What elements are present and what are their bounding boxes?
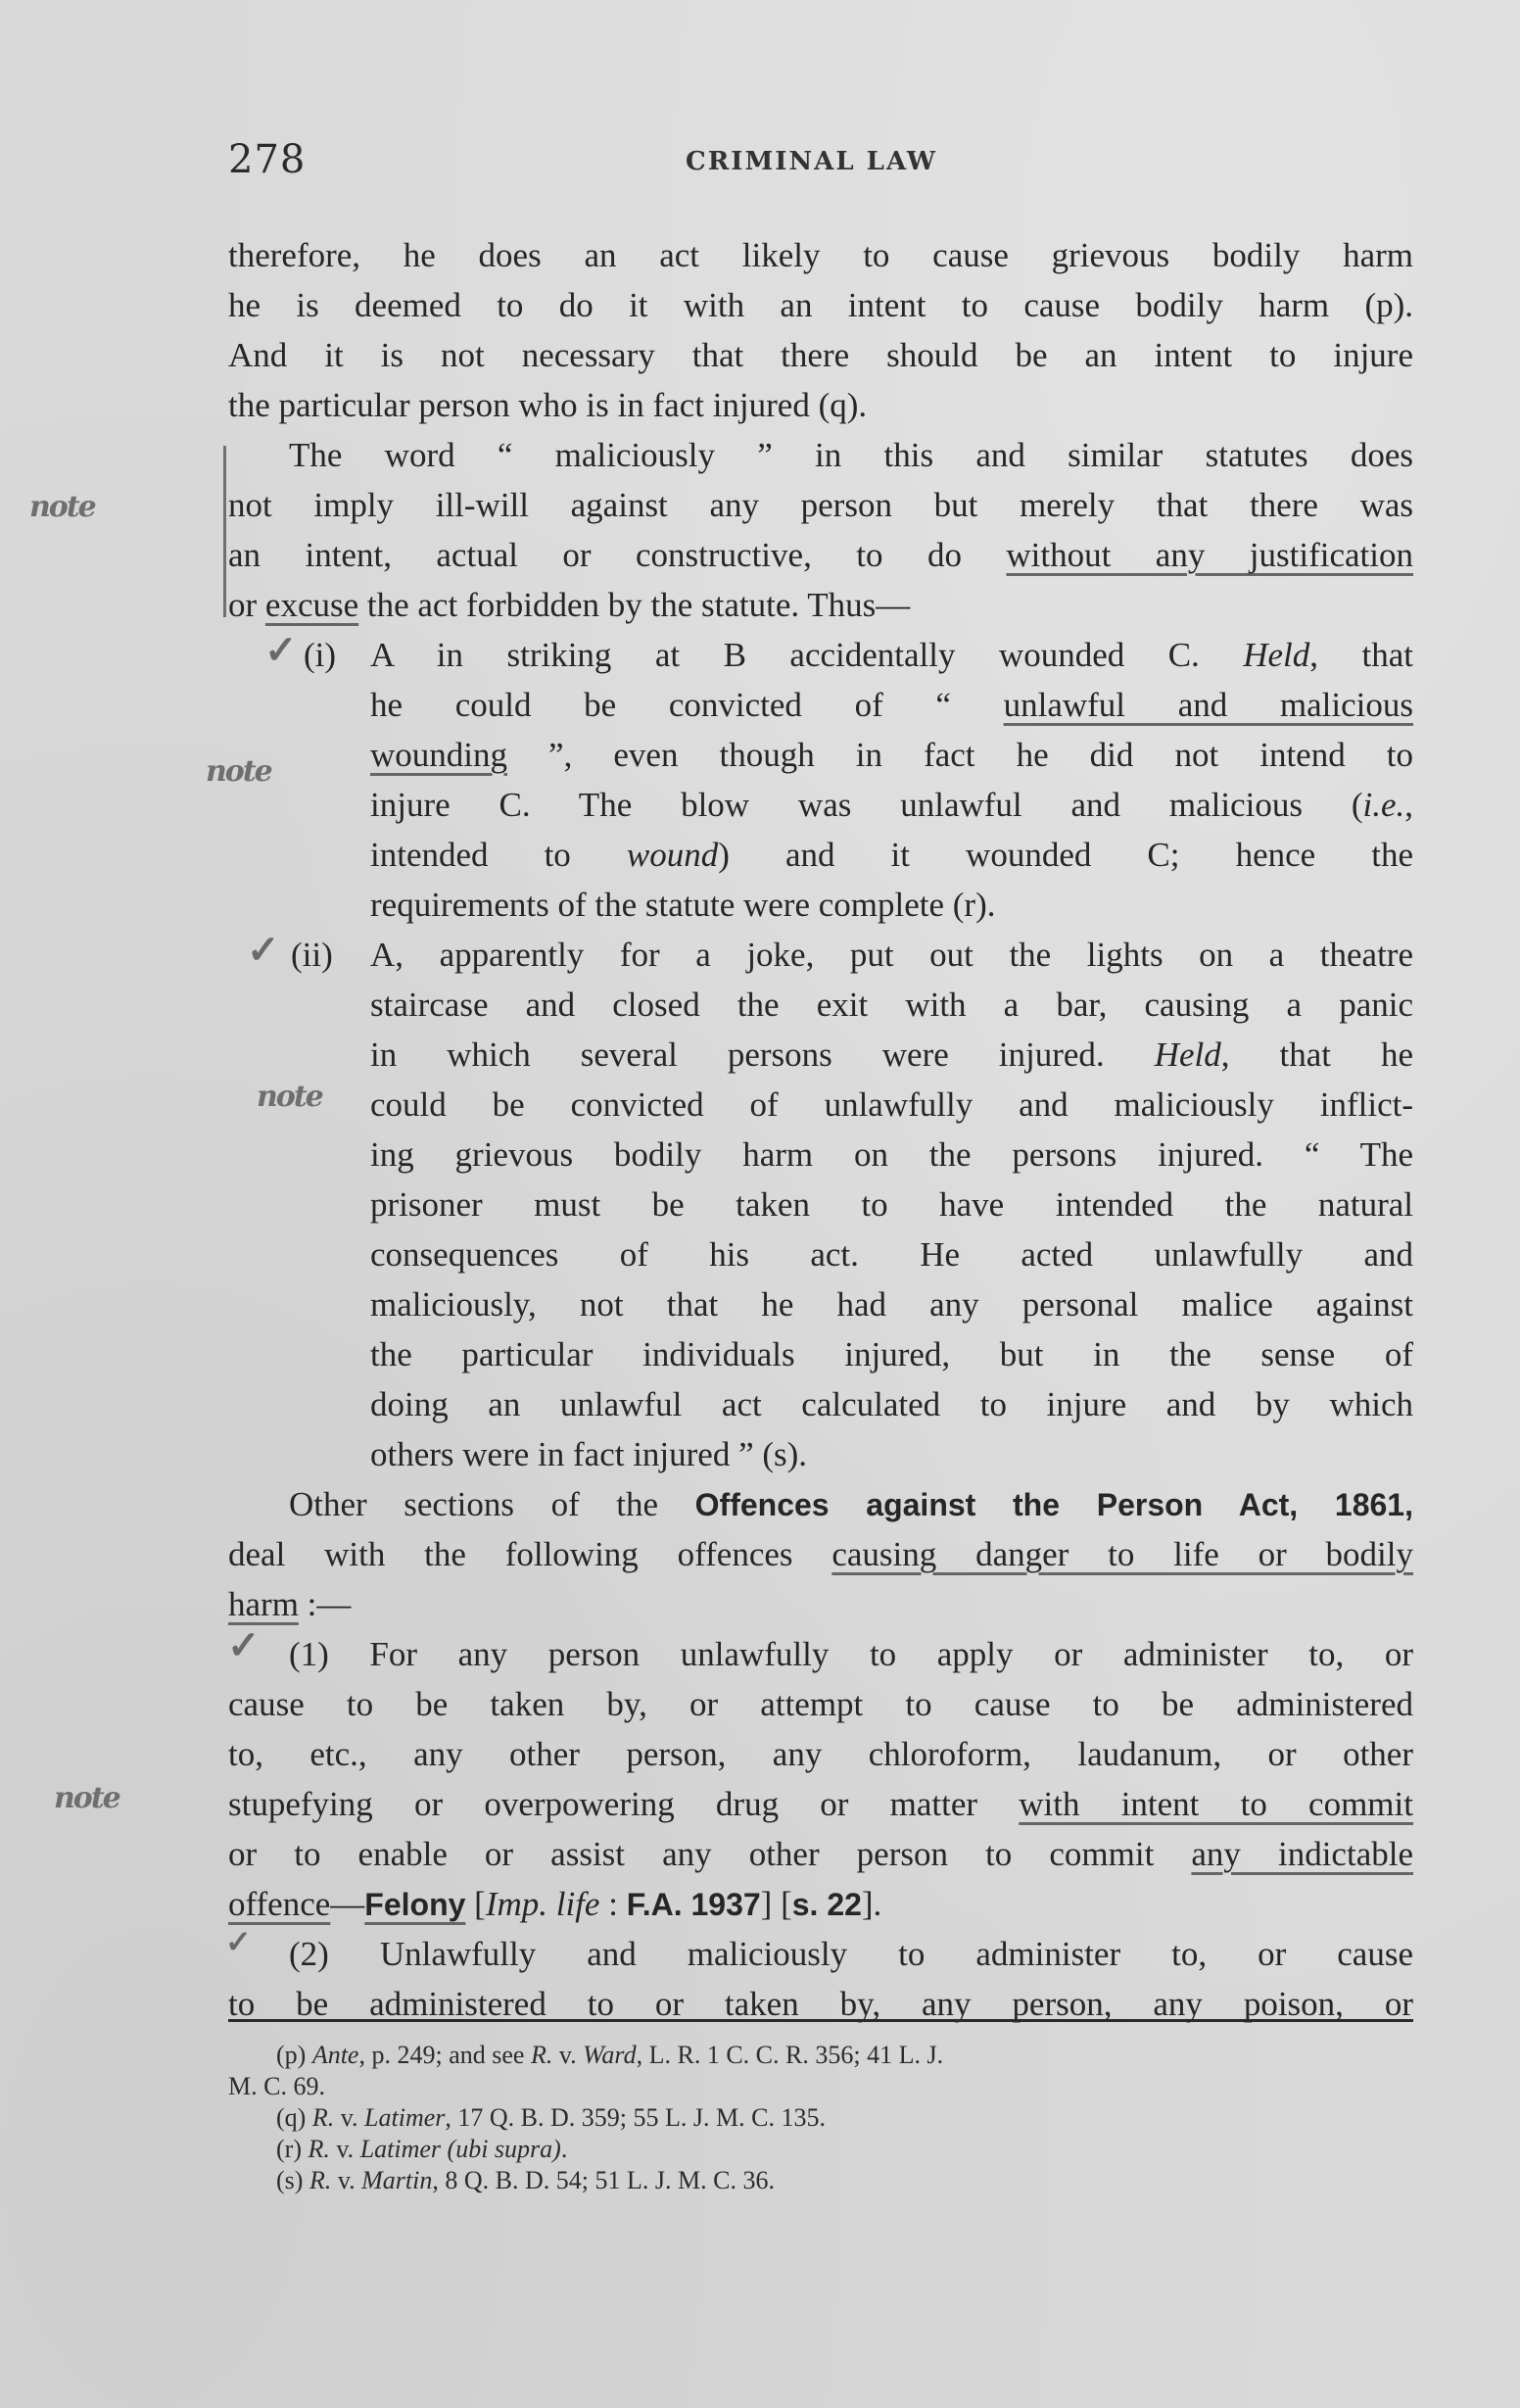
felony-label: Felony [364,1887,465,1922]
pencil-underline: causing danger to life or bodily [831,1535,1413,1573]
body-line: injure C. The blow was unlawful and mali… [370,781,1413,830]
text: (ubi supra) [441,2135,561,2163]
text: ) and it wounded C; hence the [718,836,1413,874]
text: he could be convicted of “ [370,686,1004,724]
body-line: requirements of the statute were complet… [370,881,1413,930]
body-line: A in striking at B accidentally wounded … [370,631,1413,680]
check-mark-icon: ✓ [247,927,280,973]
body-line: The word “ maliciously ” in this and sim… [289,431,1413,480]
body-line: maliciously, not that he had any persona… [370,1280,1413,1329]
text: Ante [312,2041,359,2069]
footnote-label: (r) [276,2135,302,2163]
body-line: staircase and closed the exit with a bar… [370,981,1413,1030]
pencil-underline: harm [228,1585,299,1623]
text: , 8 Q. B. D. 54; 51 L. J. M. C. 36. [432,2166,775,2194]
text: v. [334,2103,364,2132]
body-line: others were in fact injured ” (s). [370,1430,1413,1479]
footnote-label: (s) [276,2166,303,2194]
body-line: in which several persons were injured. H… [370,1031,1413,1080]
text: or to enable or assist any other person … [228,1835,1191,1873]
body-line: Other sections of the Offences against t… [289,1480,1413,1529]
text: Martin [361,2166,432,2194]
text: ]. [862,1885,881,1923]
pencil-note-annotation: note [257,1080,322,1114]
body-line: or to enable or assist any other person … [228,1830,1413,1879]
footnote-p-continued: M. C. 69. [228,2071,325,2102]
body-line: A, apparently for a joke, put out the li… [370,931,1413,980]
footnote-label: (p) [276,2041,306,2069]
text: , 17 Q. B. D. 359; 55 L. J. M. C. 135. [445,2103,826,2132]
text: :— [299,1585,351,1623]
pencil-underline: offence [228,1885,330,1923]
text: v. [552,2041,583,2069]
check-mark-icon: ✓ [264,627,298,673]
check-mark-icon: ✓ [227,1622,261,1668]
body-line: And it is not necessary that there shoul… [228,331,1413,380]
body-line: or excuse the act forbidden by the statu… [228,581,1413,630]
text: [ [465,1885,485,1923]
text: an intent, actual or constructive, to do [228,536,1006,574]
text: . [561,2135,568,2163]
text: R. [531,2041,552,2069]
text: Other sections of the [289,1485,695,1523]
running-title: CRIMINAL LAW [686,147,937,176]
text: ”, even though in fact he did not intend… [507,736,1413,774]
text: in which several persons were injured. [370,1035,1155,1074]
text: , p. 249; and see [358,2041,530,2069]
text: , that he [1221,1035,1413,1074]
pencil-underline: excuse [265,586,358,624]
body-line: deal with the following offences causing… [228,1530,1413,1579]
text: v. [331,2166,361,2194]
text: Held [1243,636,1309,674]
book-page: 278 CRIMINAL LAW therefore, he does an a… [0,0,1520,2408]
body-line: stupefying or overpowering drug or matte… [228,1780,1413,1829]
text: — [330,1885,364,1923]
pencil-underline: unlawful and malicious [1004,686,1413,724]
body-line: doing an unlawful act calculated to inju… [370,1380,1413,1429]
pencil-note-annotation: note [29,490,95,524]
pencil-underline: wounding [370,736,507,774]
text: i.e. [1362,786,1404,824]
text: R. [308,2135,329,2163]
body-line: could be convicted of unlawfully and mal… [370,1081,1413,1130]
text: wound [627,836,718,874]
text: Imp. life [486,1885,600,1923]
text: or [228,586,265,624]
text: Latimer [360,2135,441,2163]
body-line: intended to wound) and it wounded C; hen… [370,831,1413,880]
pencil-underline: any indictable [1191,1835,1413,1873]
pencil-underline: without any justification [1006,536,1413,574]
text: the act forbidden by the statute. Thus— [358,586,910,624]
body-line: ing grievous bodily harm on the persons … [370,1131,1413,1180]
footnote-q: (q) R. v. Latimer, 17 Q. B. D. 359; 55 L… [276,2102,826,2134]
text: R. [312,2103,334,2132]
text: , that [1309,636,1413,674]
footnote-label: (q) [276,2103,306,2132]
text: Latimer [364,2103,445,2132]
check-mark-icon: ✓ [225,1923,252,1960]
footnote-r: (r) R. v. Latimer (ubi supra). [276,2134,567,2165]
body-line: harm :— [228,1580,1413,1629]
body-line: (2) Unlawfully and maliciously to admini… [289,1930,1413,1979]
body-line: cause to be taken by, or attempt to caus… [228,1680,1413,1729]
pencil-underline: with intent to commit [1019,1785,1413,1823]
text: v. [330,2135,360,2163]
text: Held [1155,1035,1221,1074]
text: R. [309,2166,331,2194]
body-line: he is deemed to do it with an intent to … [228,281,1413,330]
text: : [599,1885,626,1923]
body-line: the particular individuals injured, but … [370,1330,1413,1379]
list-marker: (i) [304,631,336,680]
page-number: 278 [228,137,306,182]
text: Ward [583,2041,636,2069]
text: , [1404,786,1413,824]
body-line: consequences of his act. He acted unlawf… [370,1230,1413,1279]
pencil-note-annotation: note [206,754,271,789]
body-line: wounding ”, even though in fact he did n… [370,731,1413,780]
body-line: prisoner must be taken to have intended … [370,1180,1413,1229]
text: F.A. 1937 [627,1887,761,1922]
act-title: Offences against the Person Act, 1861, [695,1487,1413,1522]
body-line: to, etc., any other person, any chlorofo… [228,1730,1413,1779]
text: intended to [370,836,627,874]
footnote-p: (p) Ante, p. 249; and see R. v. Ward, L.… [276,2040,943,2071]
body-line: an intent, actual or constructive, to do… [228,531,1413,580]
text: stupefying or overpowering drug or matte… [228,1785,1019,1823]
body-line: not imply ill-will against any person bu… [228,481,1413,530]
text: deal with the following offences [228,1535,831,1573]
body-line: offence—Felony [Imp. life : F.A. 1937] [… [228,1880,1413,1929]
text: ] [ [761,1885,792,1923]
body-line: therefore, he does an act likely to caus… [228,231,1413,280]
list-marker: (ii) [291,931,333,980]
footnote-divider [228,2019,1413,2022]
footnote-s: (s) R. v. Martin, 8 Q. B. D. 54; 51 L. J… [276,2165,775,2196]
text: , L. R. 1 C. C. R. 356; 41 L. J. [637,2041,943,2069]
body-line: the particular person who is in fact inj… [228,381,1413,430]
pencil-sidebar-mark [223,446,226,617]
pencil-note-annotation: note [54,1781,119,1815]
body-line: (1) For any person unlawfully to apply o… [289,1630,1413,1679]
text: A in striking at B accidentally wounded … [370,636,1243,674]
text: s. 22 [792,1887,862,1922]
text: injure C. The blow was unlawful and mali… [370,786,1362,824]
body-line: he could be convicted of “ unlawful and … [370,681,1413,730]
